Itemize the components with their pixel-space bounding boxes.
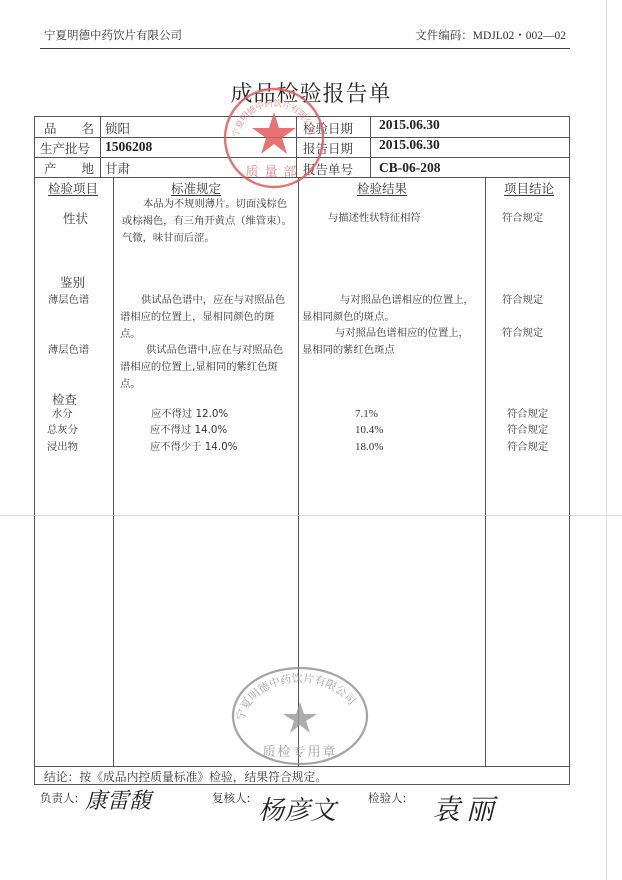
col-header-conclusion: 项目结论 [504,179,554,197]
standard-line: 谱相应的位置上，显相同颜色的斑 [120,309,298,326]
batch-number: 1506208 [105,139,152,155]
origin: 甘肃 [105,159,130,177]
item-total-ash: 总灰分 [47,422,78,439]
standard-line: 点。 [120,376,298,393]
reviewer-signature: 杨彦文 [258,790,336,827]
item-tlc-1: 薄层色谱 [48,292,89,309]
result-total-ash: 10.4% [355,422,383,439]
section-identification: 鉴别 [60,274,85,291]
result-line: 与对照品色谱相应的位置上， [302,325,484,342]
standard-line: 或棕褐色，有三角开黄点（维管束）。 [122,213,297,230]
conclusion-tlc-2: 符合规定 [502,325,543,342]
result-line: 显相同颜色的斑点。 [302,309,484,326]
standard-line: 点。 [120,326,298,343]
standard-line: 本品为不规则薄片。切面浅棕色 [122,196,297,213]
standard-line: 供试品色谱中，应在与对照品色 [120,292,298,309]
responsible-label: 负责人: [40,790,78,806]
page-edge [606,0,607,880]
seal-center-text: 质检专用章 [262,744,337,760]
inspector-signature: 袁丽 [432,788,500,828]
stamp-center-text: 质量部 [245,165,302,180]
standard-moisture: 应不得过 12.0% [151,406,228,423]
origin-label: 产 地 [44,159,94,177]
result-line: 显相同的紫红色斑点 [302,342,484,359]
result-extract: 18.0% [355,439,383,456]
standard-line: 气微，味甘而后涩。 [122,230,297,247]
inspector-label: 检验人: [368,790,406,806]
standard-character: 本品为不规则薄片。切面浅棕色 或棕褐色，有三角开黄点（维管束）。 气微，味甘而后… [122,196,297,247]
conclusion-moisture: 符合规定 [507,406,548,423]
responsible-signature: 康雷馥 [85,784,151,815]
report-date: 2015.06.30 [379,137,440,153]
document-code: 文件编码：MDJL02・002—02 [415,27,566,43]
reviewer-label: 复核人: [212,790,250,806]
standard-total-ash: 应不得过 14.0% [150,422,227,439]
item-extract: 浸出物 [47,439,78,456]
item-tlc-2: 薄层色谱 [48,342,89,359]
report-number: CB-06-208 [379,160,441,176]
result-tlc-1: 与对照品色谱相应的位置上， 显相同颜色的斑点。 [302,292,484,326]
item-moisture: 水分 [52,406,73,423]
document-code-label: 文件编码： [415,28,473,42]
result-character: 与描述性状特征相符 [328,210,421,227]
result-line: 与对照品色谱相应的位置上， [302,292,484,309]
star-icon [283,702,317,733]
scan-artifact-line [0,515,622,516]
standard-tlc-2: 供试品色谱中,应在与对照品色 谱相应的位置上,显相同的紫红色斑 点。 [120,342,298,393]
overall-conclusion: 结论：按《成品内控质量标准》检验，结果符合规定。 [44,768,327,785]
conclusion-character: 符合规定 [502,210,543,227]
qc-seal-stamp: 宁夏明德中药饮片有限公司 质检专用章 [230,664,370,768]
batch-label: 生产批号 [40,139,90,157]
result-moisture: 7.1% [355,406,378,423]
conclusion-extract: 符合规定 [507,439,548,456]
item-character: 性状 [63,210,88,227]
standard-tlc-1: 供试品色谱中，应在与对照品色 谱相应的位置上，显相同颜色的斑 点。 [120,292,298,343]
company-name: 宁夏明德中药饮片有限公司 [44,27,182,43]
star-icon [252,112,296,154]
conclusion-tlc-1: 符合规定 [502,292,543,309]
document-code-value: MDJL02・002—02 [473,30,566,42]
inspect-date: 2015.06.30 [379,117,440,133]
col-header-result: 检验结果 [357,179,407,197]
product-name-label: 品 名 [44,119,94,137]
result-tlc-2: 与对照品色谱相应的位置上， 显相同的紫红色斑点 [302,325,484,359]
standard-line: 供试品色谱中,应在与对照品色 [120,342,298,359]
header-rule [40,48,570,49]
product-name: 锁阳 [105,119,130,137]
standard-extract: 应不得少于 14.0% [150,439,237,456]
standard-line: 谱相应的位置上,显相同的紫红色斑 [120,359,298,376]
col-header-item: 检验项目 [48,179,98,197]
col-header-standard: 标准规定 [171,179,221,197]
conclusion-total-ash: 符合规定 [507,422,548,439]
quality-dept-stamp: 宁夏明德中药饮片有限公司 质量部 [222,86,326,190]
